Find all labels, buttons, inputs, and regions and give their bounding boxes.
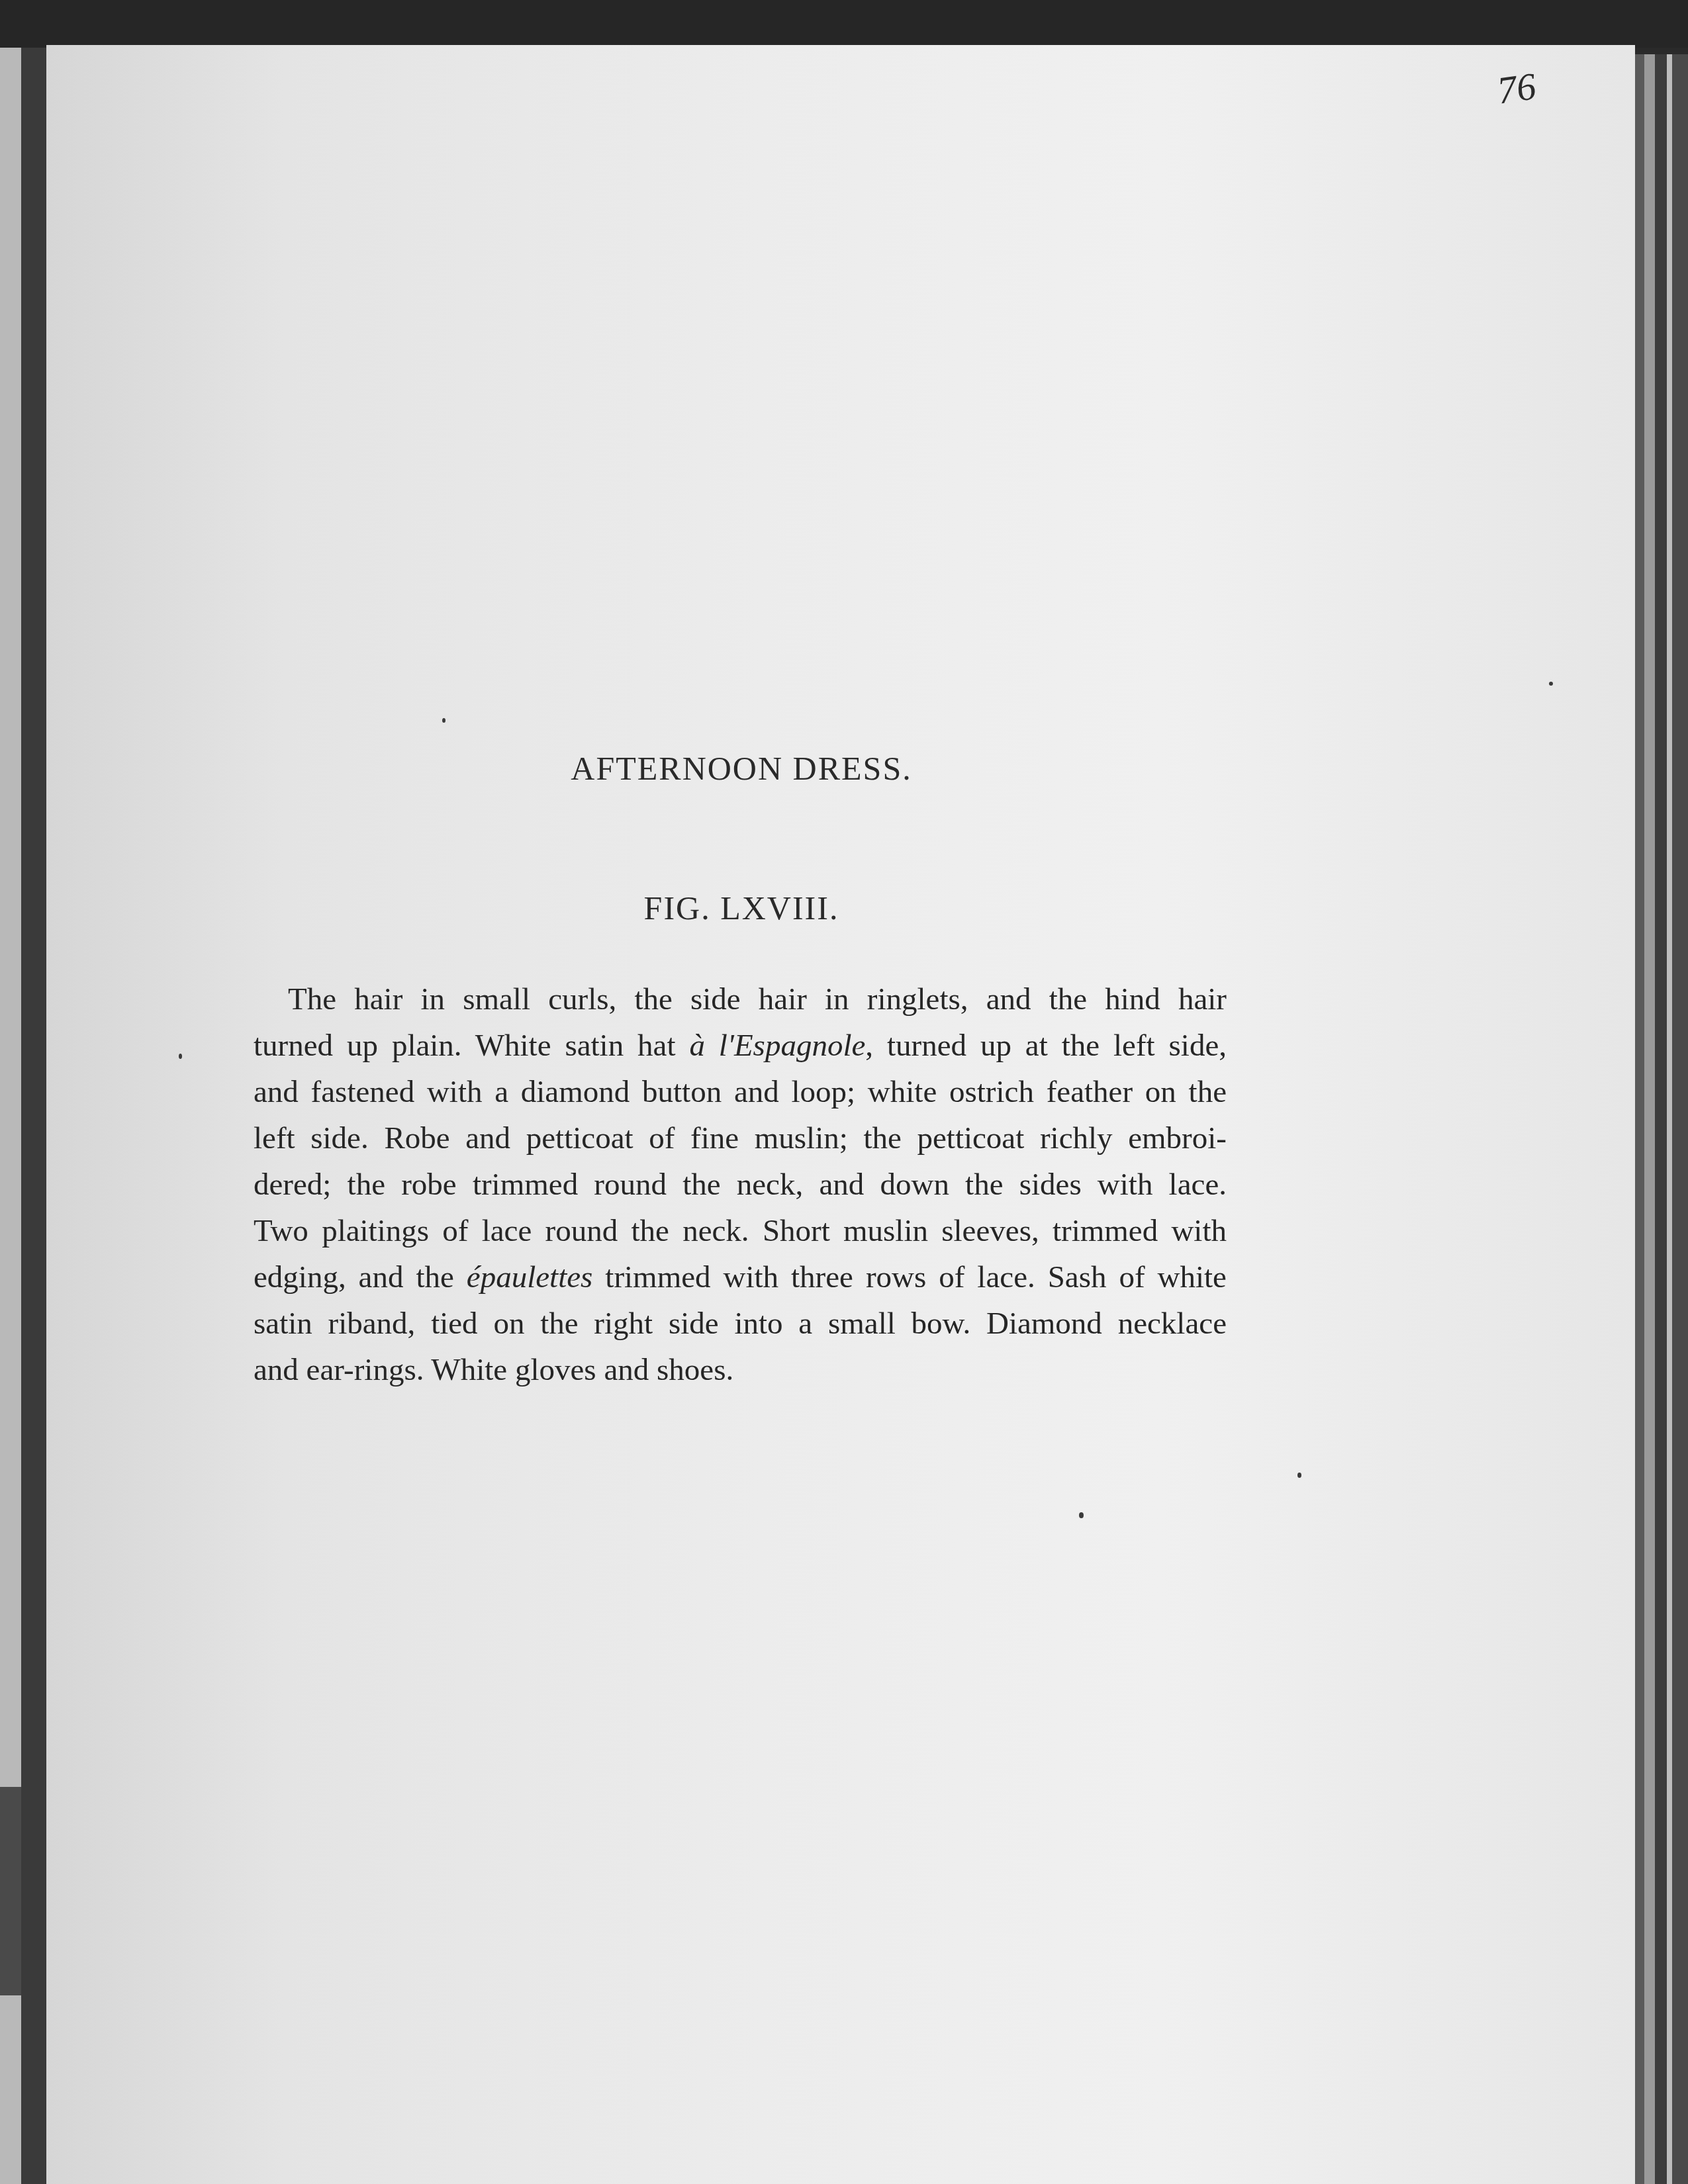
text-run: and ear-rings. White gloves and shoes. <box>254 1353 733 1387</box>
page-number: 76 <box>1495 64 1539 113</box>
figure-label: FIG. LXVIII. <box>0 889 1483 927</box>
text-line: turned up plain. White satin hat à l'Esp… <box>254 1023 1227 1069</box>
text-run: edging, and the <box>254 1260 467 1295</box>
text-line: dered; the robe trimmed round the neck, … <box>254 1161 1227 1208</box>
text-run: dered; the robe trimmed round the neck, … <box>254 1167 1227 1202</box>
ink-speck <box>1549 682 1553 686</box>
text-run: trimmed with three rows of lace. Sash of… <box>592 1260 1227 1295</box>
text-run: and fastened with a diamond button and l… <box>254 1075 1227 1109</box>
text-line: Two plaitings of lace round the neck. Sh… <box>254 1208 1227 1254</box>
text-run: left side. Robe and petticoat of fine mu… <box>254 1121 1227 1156</box>
text-line: The hair in small curls, the side hair i… <box>254 976 1227 1023</box>
italic-phrase: épaulettes <box>467 1260 593 1295</box>
italic-phrase: à l'Espagnole <box>689 1028 865 1063</box>
text-run: satin riband, tied on the right side int… <box>254 1306 1227 1341</box>
text-run: , turned up at the left side, <box>865 1028 1227 1063</box>
book-gutter <box>21 48 46 2184</box>
right-page-edge <box>1672 54 1688 2184</box>
text-line: edging, and the épaulettes trimmed with … <box>254 1254 1227 1300</box>
ink-speck <box>1297 1473 1301 1478</box>
scan-top-border <box>0 0 1688 48</box>
text-line: satin riband, tied on the right side int… <box>254 1300 1227 1347</box>
right-page-edge <box>1635 54 1644 2184</box>
right-page-edge <box>1655 54 1667 2184</box>
page-title: AFTERNOON DRESS. <box>0 749 1483 788</box>
ink-speck <box>1079 1512 1084 1518</box>
ink-speck <box>179 1054 182 1059</box>
right-page-edge <box>1667 54 1672 2184</box>
text-line: and ear-rings. White gloves and shoes. <box>254 1347 1227 1393</box>
description-paragraph: The hair in small curls, the side hair i… <box>254 976 1227 1393</box>
right-page-edge <box>1644 54 1655 2184</box>
text-run: The hair in small curls, the side hair i… <box>288 982 1227 1017</box>
ink-speck <box>442 718 445 723</box>
text-line: left side. Robe and petticoat of fine mu… <box>254 1115 1227 1161</box>
text-run: Two plaitings of lace round the neck. Sh… <box>254 1214 1227 1248</box>
text-run: turned up plain. White satin hat <box>254 1028 689 1063</box>
text-line: and fastened with a diamond button and l… <box>254 1069 1227 1115</box>
